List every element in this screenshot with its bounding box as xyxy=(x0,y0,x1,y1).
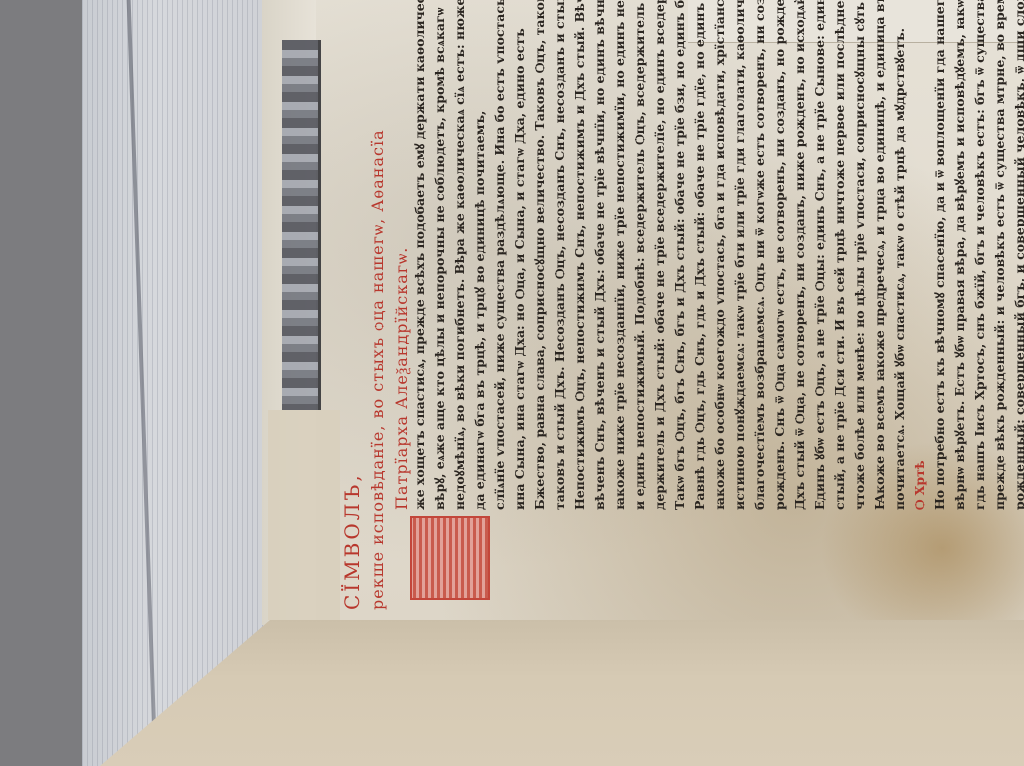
heading-line-1: СЇМВОЛЪ, xyxy=(340,10,364,610)
text-line: таковъ и стый Дхъ. Несозданъ Ѻцъ, несозд… xyxy=(550,0,570,510)
paper-repair-patch-left xyxy=(268,410,340,620)
decorated-dropcap-initial xyxy=(410,516,490,600)
rotated-text-block: СЇМВОЛЪ, рекше исповѣданїе, во стыхъ ѻца… xyxy=(340,0,960,620)
text-line: ꙗкоже ниже трїе несозданнїи, ниже трїе н… xyxy=(610,0,630,510)
text-line: стый, а не трїе Дси сти. И въ сей трцѣ н… xyxy=(830,0,850,510)
heading-line-2: рекше исповѣданїе, во стыхъ ѻца нашегѡ, … xyxy=(368,10,388,610)
text-line: слїѧнїе ѵпостасей, ниже существа раздѣлѧ… xyxy=(490,0,510,510)
gray-background-strip xyxy=(0,0,82,766)
text-line: гдь нашъ Іисъ Хртосъ, снъ бжїй, бгъ и че… xyxy=(970,0,990,510)
text-line: вѣрꙋ, еѧже аще кто цѣлы и непорочны не с… xyxy=(430,0,450,510)
text-line: да единагѡ бга въ трцѣ, и трцꙋ во единиц… xyxy=(470,0,490,510)
text-line: Равнѣ гдь Ѻцъ, гдь Снъ, гдь и Дхъ стый: … xyxy=(690,0,710,510)
text-line: Непостижимъ Ѻцъ, непостижимъ Снъ, непост… xyxy=(570,0,590,510)
text-line: вѣченъ Снъ, вѣченъ и стый Дхъ: обаче не … xyxy=(590,0,610,510)
text-line: почитаетсѧ. Хощай ꙋбѡ спастисѧ, такѡ о с… xyxy=(890,0,910,510)
text-line: прежде вѣкъ рожденный: и человѣкъ естъ ѿ… xyxy=(990,0,1010,510)
text-line: благочестїемъ возбранѧемсѧ. Ѻцъ ни ѿ ког… xyxy=(750,0,770,510)
text-line: Бжество, равна слава, соприсносꙋщно вели… xyxy=(530,0,550,510)
text-line: Но потребно естъ къ вѣчномꙋ спасенїю, да… xyxy=(930,0,950,510)
creed-heading: СЇМВОЛЪ, рекше исповѣданїе, во стыхъ ѻца… xyxy=(340,10,412,610)
text-line: и единъ непостижимый. Подобнѣ: вседержит… xyxy=(630,0,650,510)
text-line: Ꙗкоже во всемъ ꙗкоже предречесѧ, и трца … xyxy=(870,0,890,510)
text-line: чтоже болѣе или менѣе: но цѣлы трїе ѵпос… xyxy=(850,0,870,510)
text-line: истиною понꙋждаемсѧ: такѡ трїе бги или т… xyxy=(730,0,750,510)
text-line: ина Сына, ина стагѡ Дха: но Ѻца, и Сына,… xyxy=(510,0,530,510)
text-line: держитель и Дхъ стый: обаче не трїе всед… xyxy=(650,0,670,510)
text-line: ꙗкоже бо особнѡ коегождо ѵпостась, бга и… xyxy=(710,0,730,510)
text-line: Такѡ бгъ Ѻцъ, бгъ Снъ, бгъ и Дхъ стый: о… xyxy=(670,0,690,510)
text-line: Дхъ стый ѿ Ѻца, не сотворенъ, ни созданъ… xyxy=(790,0,810,510)
creed-body-text: же хощетъ спастисѧ, прежде всѣхъ подобае… xyxy=(410,0,1024,510)
text-line: рожденный: совершенный бгъ, и совершенны… xyxy=(1010,0,1024,510)
red-marginal-note: Ѻ Хртѣ xyxy=(910,0,930,510)
text-line: рожденъ. Снъ ѿ Ѻца самогѡ естъ, не сотво… xyxy=(770,0,790,510)
text-line: Единъ ꙋбѡ естъ Ѻцъ, а не трїе Ѻцы: единъ… xyxy=(810,0,830,510)
text-line: же хощетъ спастисѧ, прежде всѣхъ подобае… xyxy=(410,0,430,510)
heading-line-3: Патрїарха Алеѯандрїйскагѡ. xyxy=(392,10,412,610)
text-line: недоꙋмѣнїѧ, во вѣки погибнетъ. Вѣра же к… xyxy=(450,0,470,510)
text-line: вѣрнѡ вѣрꙋетъ. Естъ ꙋбѡ правая вѣра, да … xyxy=(950,0,970,510)
ornamental-headpiece xyxy=(282,40,321,410)
